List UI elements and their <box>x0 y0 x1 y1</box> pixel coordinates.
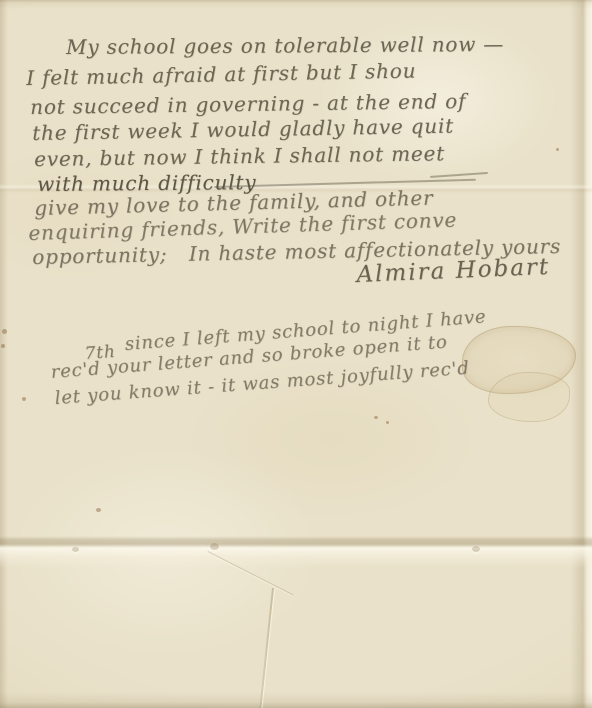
foxing-spot <box>386 421 389 424</box>
fold-knot <box>210 543 219 550</box>
foxing-spot <box>2 329 7 334</box>
scanned-letter-page: My school goes on tolerable well now — I… <box>0 0 592 708</box>
letter-line: My school goes on tolerable well now — <box>66 32 504 59</box>
fold-line <box>0 536 592 568</box>
vertical-crease <box>259 588 274 708</box>
foxing-spot <box>22 397 26 401</box>
letter-line: I felt much afraid at first but I shou <box>26 59 416 90</box>
letter-line: the first week I would gladly have quit <box>32 114 454 145</box>
foxing-spot <box>374 416 378 419</box>
foxing-spot <box>1 344 5 348</box>
pen-flourish-stroke <box>430 172 488 178</box>
foxing-spot <box>96 508 101 512</box>
water-stain <box>488 372 570 422</box>
foxing-spot <box>556 148 559 151</box>
fold-knot <box>72 547 79 552</box>
fold-knot <box>472 546 480 552</box>
letter-line: even, but now I think I shall not meet <box>34 141 445 171</box>
